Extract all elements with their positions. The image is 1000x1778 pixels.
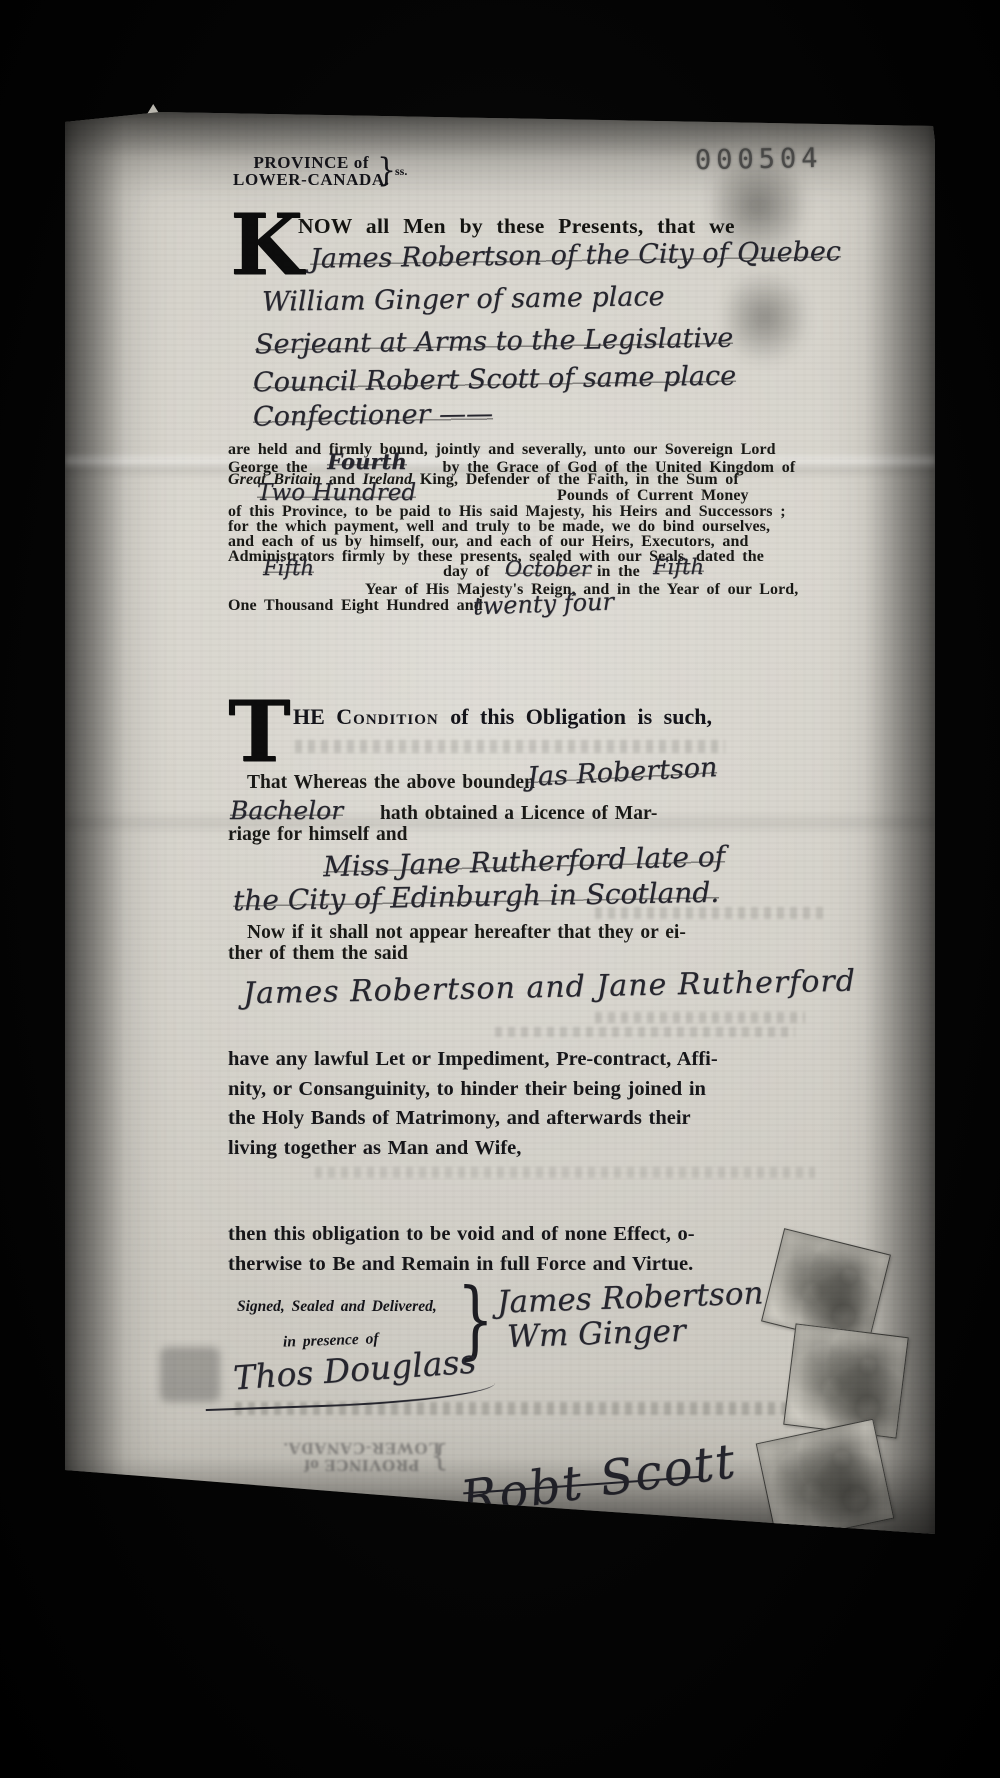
bond-text-line: are held and firmly bound, jointly and s…	[228, 442, 776, 458]
condition-heading: HE Condition of this Obligation is such,	[293, 704, 712, 730]
impediment-paragraph: have any lawful Let or Impediment, Pre-c…	[228, 1045, 838, 1163]
bond-text-line: One Thousand Eight Hundred and	[228, 598, 483, 614]
handwritten-obligor-line: Serjeant at Arms to the Legislative	[255, 323, 734, 361]
dropcap-T: T	[228, 697, 289, 767]
bond-text-line: in the	[597, 564, 640, 580]
whereas-line: That Whereas the above bounden	[247, 772, 535, 794]
bond-text-line: day of	[443, 564, 489, 580]
handwritten-year: twenty four	[473, 588, 615, 621]
grey-smudge	[985, 1382, 1000, 1472]
handwritten-obligor-line: William Ginger of same place	[262, 281, 665, 318]
bleedthrough-brace: }	[430, 1442, 449, 1472]
signature-flourish	[204, 1359, 495, 1411]
attestation-line: Signed, Sealed and Delivered,	[237, 1298, 437, 1316]
condition-word: Condition	[336, 704, 438, 729]
bleedthrough-text-strip	[495, 1027, 795, 1037]
bleedthrough-province-line1: PROVINCE of	[283, 1457, 440, 1474]
void-line: then this obligation to be void and of n…	[228, 1223, 695, 1245]
handwritten-bride-line: the City of Edinburgh in Scotland.	[233, 876, 720, 917]
handwritten-king-numeral: Fourth	[327, 454, 407, 470]
wax-wafer-seal	[756, 1419, 895, 1544]
wax-wafer-seal	[783, 1323, 909, 1438]
bleedthrough-text-strip	[295, 740, 725, 753]
impediment-line: nity, or Consanguinity, to hinder their …	[228, 1078, 706, 1100]
province-line1: PROVINCE of	[233, 154, 390, 171]
film-scan-background: PROVINCE of LOWER-CANADA. } ss. 000504 K…	[0, 0, 1000, 1778]
handwritten-regnal-year: Fifth	[653, 555, 704, 579]
signature-robt-scott: Robt Scott	[457, 1433, 740, 1527]
bleedthrough-province-heading: PROVINCE of LOWER-CANADA.	[283, 1440, 440, 1474]
ink-smudge	[725, 262, 805, 372]
impediment-line: living together as Man and Wife,	[228, 1137, 521, 1159]
province-heading: PROVINCE of LOWER-CANADA.	[233, 154, 390, 188]
signature-wm-ginger: Wm Ginger	[506, 1313, 686, 1355]
jurisdiction-abbr: ss.	[395, 164, 407, 179]
handwritten-obligor-line: Council Robert Scott of same place	[253, 361, 736, 399]
province-line2: LOWER-CANADA.	[233, 171, 390, 188]
handwritten-groom-name: Jas Robertson	[526, 752, 718, 793]
handwritten-obligor-line: James Robertson of the City of Quebec	[310, 236, 841, 274]
condition-rest: of this Obligation is such,	[450, 704, 712, 729]
impediment-line: have any lawful Let or Impediment, Pre-c…	[228, 1048, 718, 1070]
impediment-line: the Holy Bands of Matrimony, and afterwa…	[228, 1107, 691, 1129]
bleedthrough-province-line2: LOWER-CANADA.	[283, 1440, 440, 1457]
jurisdiction-brace: }	[377, 155, 396, 188]
bleedthrough-text-strip	[595, 1012, 805, 1023]
document-page: PROVINCE of LOWER-CANADA. } ss. 000504 K…	[65, 112, 935, 1546]
handwritten-couple-names: James Robertson and Jane Rutherford	[243, 964, 857, 1012]
handwritten-bachelor: Bachelor	[230, 796, 343, 825]
void-clause: then this obligation to be void and of n…	[228, 1220, 838, 1279]
document-number-stamp: 000504	[695, 143, 823, 176]
now-if-line: ther of them the said	[228, 943, 408, 965]
handwritten-day: Fifth	[263, 556, 314, 580]
licence-line: riage for himself and	[228, 824, 408, 846]
condition-he: HE	[293, 704, 325, 729]
bond-print: King, Defender of the Faith, in the Sum …	[420, 471, 739, 488]
handwritten-month: October	[505, 557, 591, 581]
licence-line: hath obtained a Licence of Mar-	[380, 803, 657, 825]
now-if-line: Now if it shall not appear hereafter tha…	[247, 922, 686, 944]
opening-headline: NOW all Men by these Presents, that we	[298, 214, 735, 239]
handwritten-obligor-line: Confectioner ——	[253, 398, 493, 432]
bleedthrough-text-strip	[315, 1167, 815, 1178]
dropcap-K: K	[230, 210, 301, 280]
bond-text-line: Pounds of Current Money	[557, 488, 749, 504]
